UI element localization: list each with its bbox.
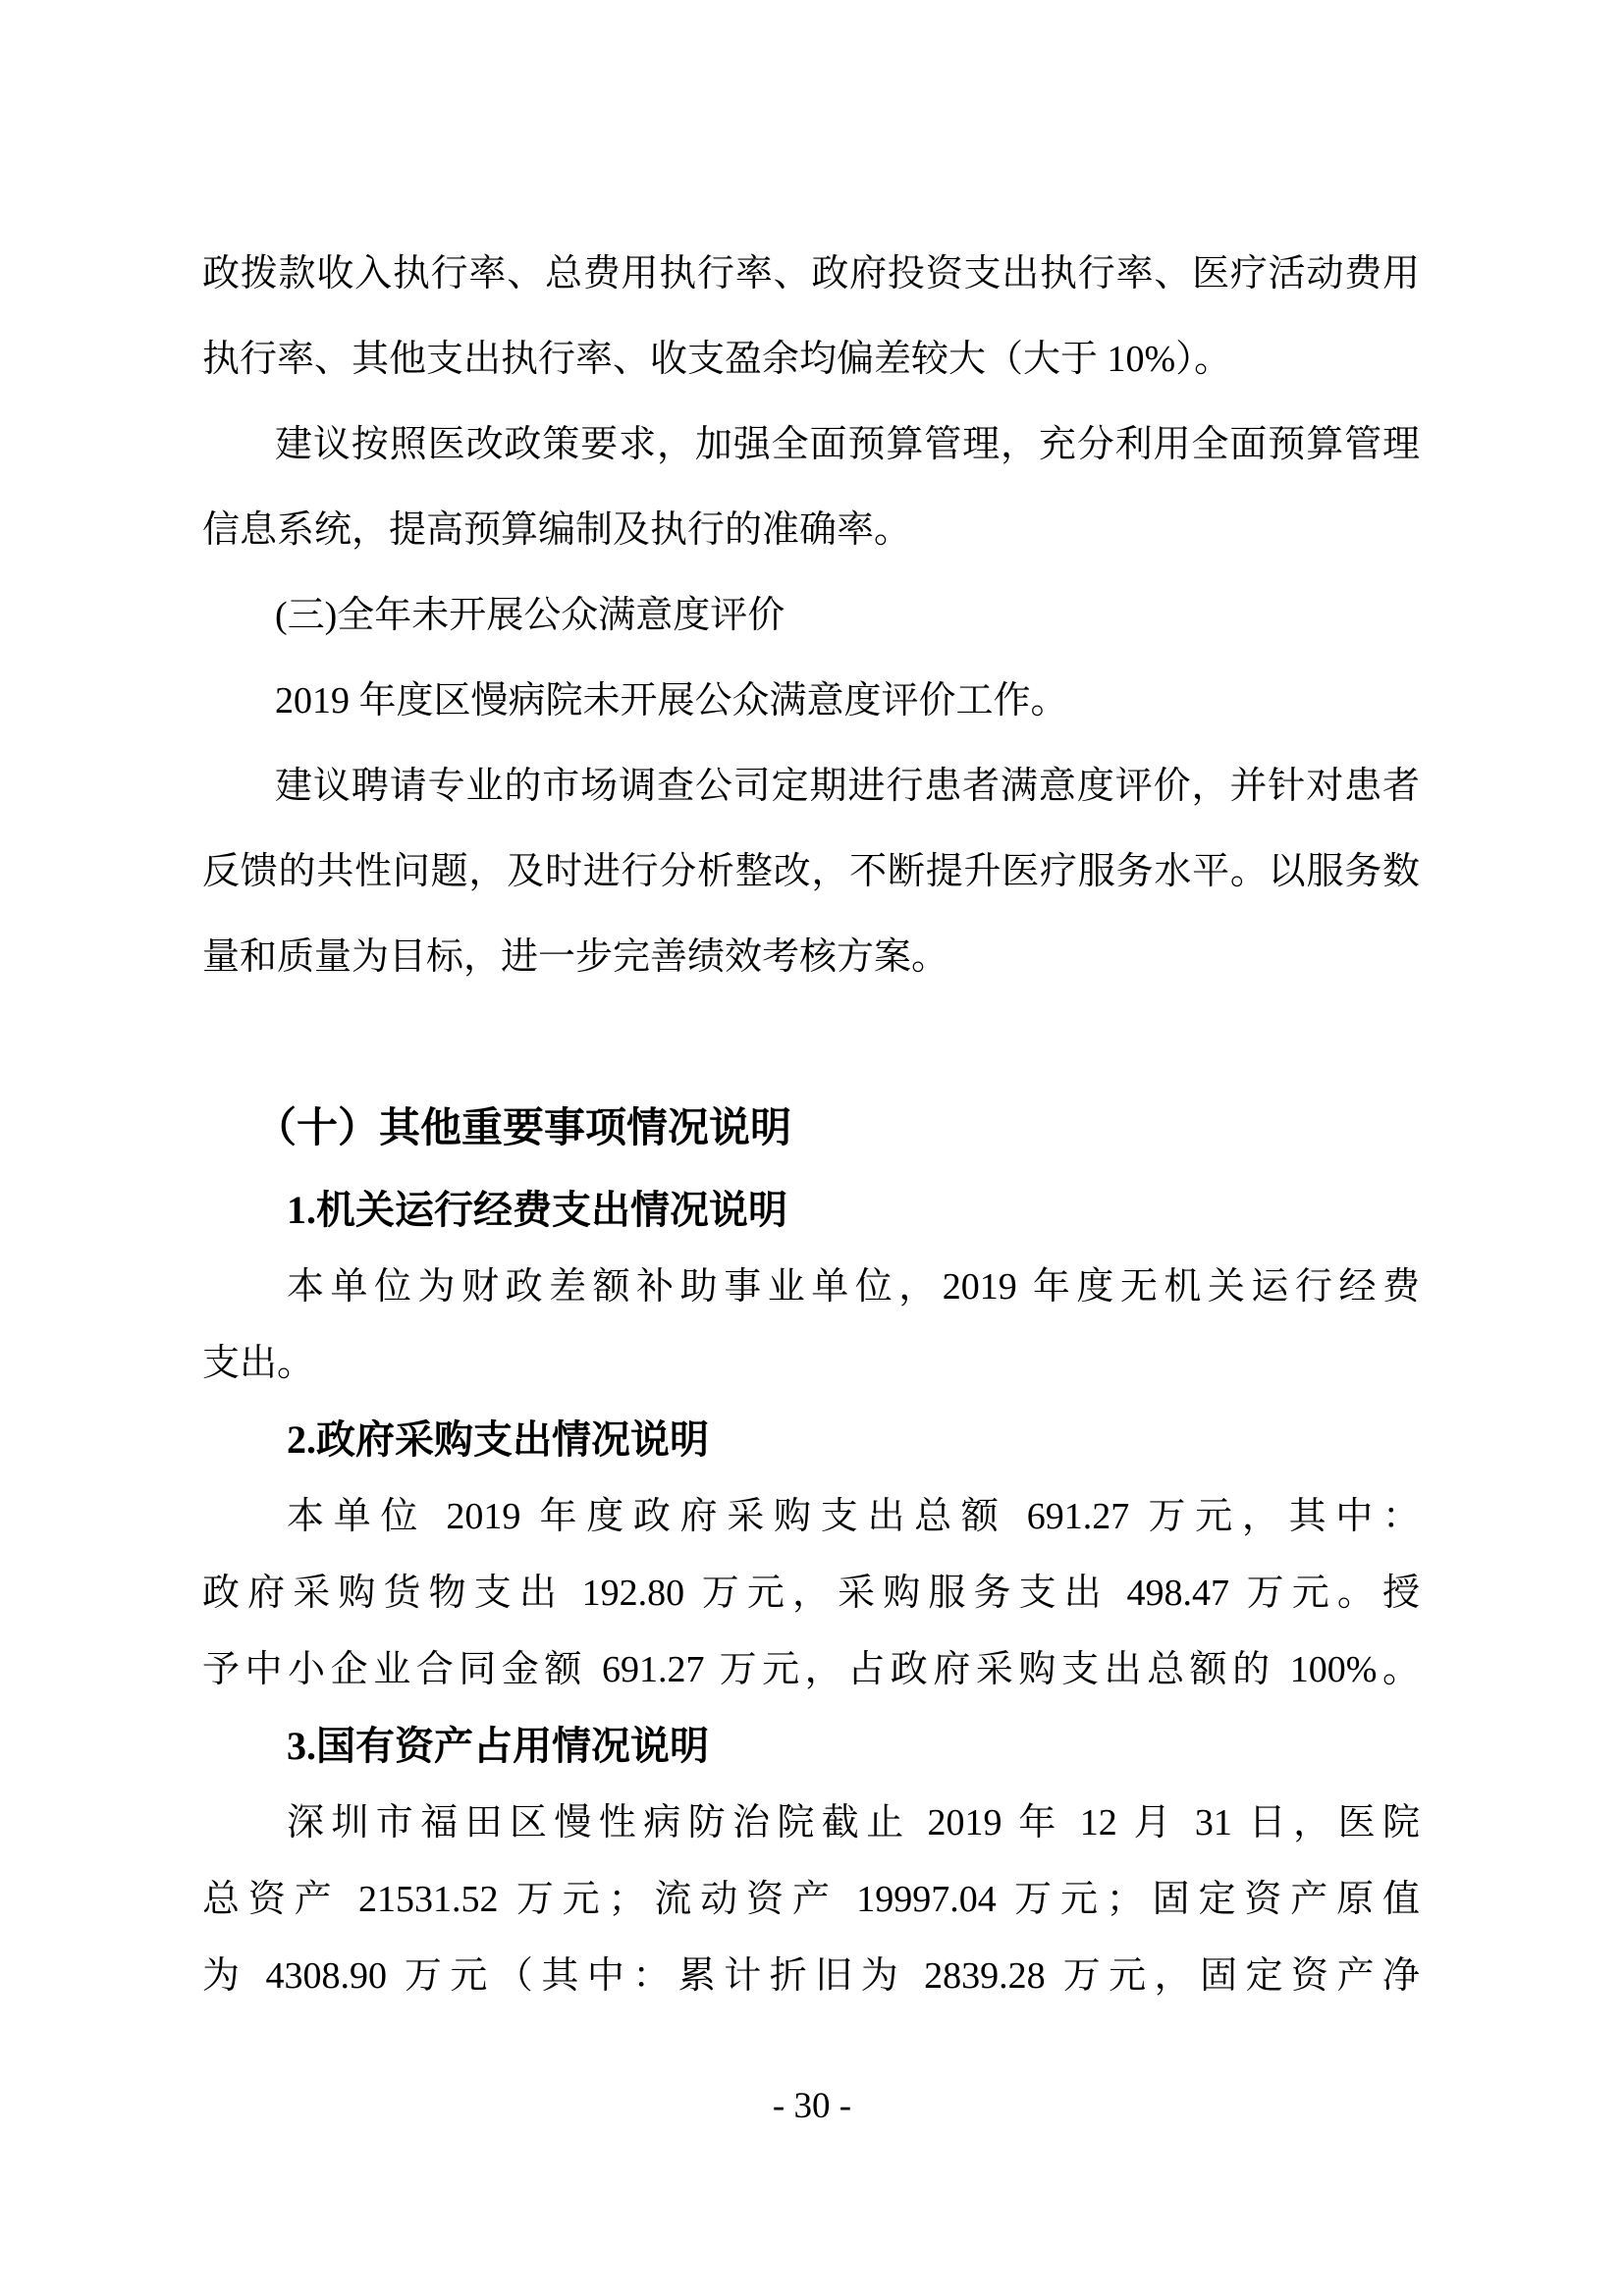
document-line: 总资产 21531.52 万元；流动资产 19997.04 万元；固定资产原值 xyxy=(202,1861,1420,1938)
document-line: 政拨款收入执行率、总费用执行率、政府投资支出执行率、医疗活动费用 xyxy=(202,232,1420,317)
section-heading: （十）其他重要事项情况说明 xyxy=(202,1086,1420,1172)
document-line: 反馈的共性问题，及时进行分析整改，不断提升医疗服务水平。以服务数 xyxy=(202,829,1420,915)
document-page: 政拨款收入执行率、总费用执行率、政府投资支出执行率、医疗活动费用 执行率、其他支… xyxy=(0,0,1624,2296)
page-number: - 30 - xyxy=(0,2083,1624,2130)
blank-line xyxy=(202,1000,1420,1086)
document-line: 信息系统，提高预算编制及执行的准确率。 xyxy=(202,488,1420,573)
subsection-heading-line: (三)全年未开展公众满意度评价 xyxy=(202,573,1420,659)
document-line: 本单位 2019 年度政府采购支出总额 691.27 万元，其中： xyxy=(202,1478,1420,1555)
document-line: 本单位为财政差额补助事业单位，2019 年度无机关运行经费 xyxy=(202,1249,1420,1325)
document-line: 量和质量为目标，进一步完善绩效考核方案。 xyxy=(202,915,1420,1000)
document-body: 政拨款收入执行率、总费用执行率、政府投资支出执行率、医疗活动费用 执行率、其他支… xyxy=(202,232,1420,2014)
document-line: 建议按照医改政策要求，加强全面预算管理，充分利用全面预算管理 xyxy=(202,402,1420,488)
document-line: 予中小企业合同金额 691.27 万元，占政府采购支出总额的 100%。 xyxy=(202,1631,1420,1708)
document-line: 建议聘请专业的市场调查公司定期进行患者满意度评价，并针对患者 xyxy=(202,744,1420,829)
section-body: 1.机关运行经费支出情况说明 本单位为财政差额补助事业单位，2019 年度无机关… xyxy=(202,1172,1420,2014)
item-heading: 1.机关运行经费支出情况说明 xyxy=(202,1172,1420,1249)
document-line: 2019 年度区慢病院未开展公众满意度评价工作。 xyxy=(202,659,1420,744)
document-line: 支出。 xyxy=(202,1325,1420,1402)
document-line: 政府采购货物支出 192.80 万元，采购服务支出 498.47 万元。授 xyxy=(202,1555,1420,1631)
document-line: 执行率、其他支出执行率、收支盈余均偏差较大（大于 10%）。 xyxy=(202,317,1420,402)
item-heading: 2.政府采购支出情况说明 xyxy=(202,1402,1420,1478)
document-line: 深圳市福田区慢性病防治院截止 2019 年 12 月 31 日，医院 xyxy=(202,1785,1420,1861)
document-line: 为 4308.90 万元（其中：累计折旧为 2839.28 万元，固定资产净 xyxy=(202,1938,1420,2014)
item-heading: 3.国有资产占用情况说明 xyxy=(202,1708,1420,1785)
